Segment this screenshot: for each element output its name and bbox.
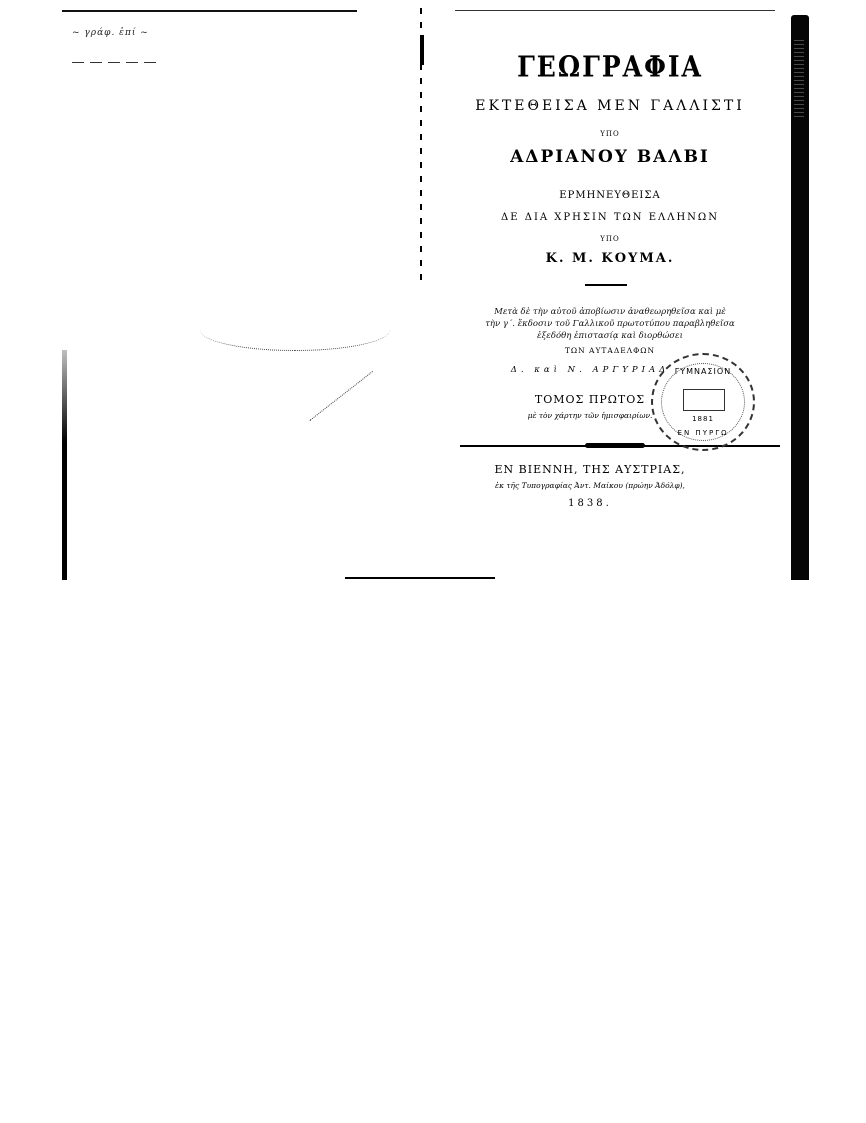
scanned-spread: ~ γράφ. ἐπί ~ ΓΕΩΓΡΑΦΙΑ ΕΚΤΕΘΕΙΣΑ ΜΕΝ ΓΑ… bbox=[0, 0, 866, 590]
edition-note: Μετὰ δὲ τὴν αὐτοῦ ἀποβίωσιν ἀναθεωρηθεῖσ… bbox=[460, 306, 760, 342]
edition-note-line: Μετὰ δὲ τὴν αὐτοῦ ἀποβίωσιν ἀναθεωρηθεῖσ… bbox=[460, 306, 760, 318]
publication-year: 1838. bbox=[440, 498, 740, 509]
ornament-rule-long bbox=[460, 445, 780, 447]
bottom-edge-rule bbox=[345, 577, 495, 579]
printer-line: ἐκ τῆς Τυπογραφίας Ἀντ. Μαίκου (πρώην Ἀδ… bbox=[440, 481, 740, 490]
right-page-edge bbox=[791, 15, 809, 580]
ornament-rule bbox=[585, 284, 627, 286]
stamp-bottom-text: ΕΝ ΠΥΡΓΩ bbox=[653, 429, 753, 437]
editors-label: ΤΩΝ ΑΥΤΑΔΕΛΦΩΝ bbox=[440, 346, 780, 355]
library-stamp: ΓΥΜΝΑΣΙΟΝ 1881 ΕΝ ΠΥΡΓΩ bbox=[651, 353, 755, 451]
by-label: ΥΠΟ bbox=[440, 130, 780, 138]
author-name: ΑΔΡΙΑΝΟΥ ΒΑΛΒΙ bbox=[440, 147, 780, 167]
by-label: ΥΠΟ bbox=[440, 235, 780, 243]
manuscript-note-text: ~ γράφ. ἐπί ~ bbox=[72, 28, 149, 38]
purpose-line: ΔΕ ΔΙΑ ΧΡΗΣΙΝ ΤΩΝ ΕΛΛΗΝΩΝ bbox=[440, 212, 780, 223]
translated-label: ΕΡΜΗΝΕΥΘΕΙΣΑ bbox=[440, 190, 780, 201]
book-emblem-icon bbox=[683, 389, 725, 411]
top-edge-rule-left bbox=[62, 10, 357, 12]
left-page-edge bbox=[62, 350, 67, 580]
book-subtitle: ΕΚΤΕΘΕΙΣΑ ΜΕΝ ΓΑΛΛΙΣΤΙ bbox=[440, 98, 780, 114]
bleed-through-mark bbox=[200, 330, 390, 351]
book-title: ΓΕΩΓΡΑΦΙΑ bbox=[440, 50, 780, 83]
stamp-top-text: ΓΥΜΝΑΣΙΟΝ bbox=[653, 367, 753, 376]
manuscript-note: ~ γράφ. ἐπί ~ bbox=[72, 28, 182, 68]
edition-note-line: τὴν γ΄. ἔκδοσιν τοῦ Γαλλικοῦ πρωτοτύπου … bbox=[460, 318, 760, 330]
publication-place: ΕΝ ΒΙΕΝΝΗ, ΤΗΣ ΑΥΣΤΡΙΑΣ, bbox=[440, 463, 740, 476]
top-edge-rule-right bbox=[455, 10, 775, 11]
edition-note-line: ἐξεδόθη ἐπιστασίᾳ καὶ διορθώσει bbox=[460, 330, 760, 342]
translator-name: Κ. Μ. ΚΟΥΜΑ. bbox=[440, 251, 780, 266]
gutter-mark bbox=[420, 35, 424, 65]
stamp-year: 1881 bbox=[653, 415, 753, 423]
bleed-through-mark bbox=[309, 371, 373, 422]
